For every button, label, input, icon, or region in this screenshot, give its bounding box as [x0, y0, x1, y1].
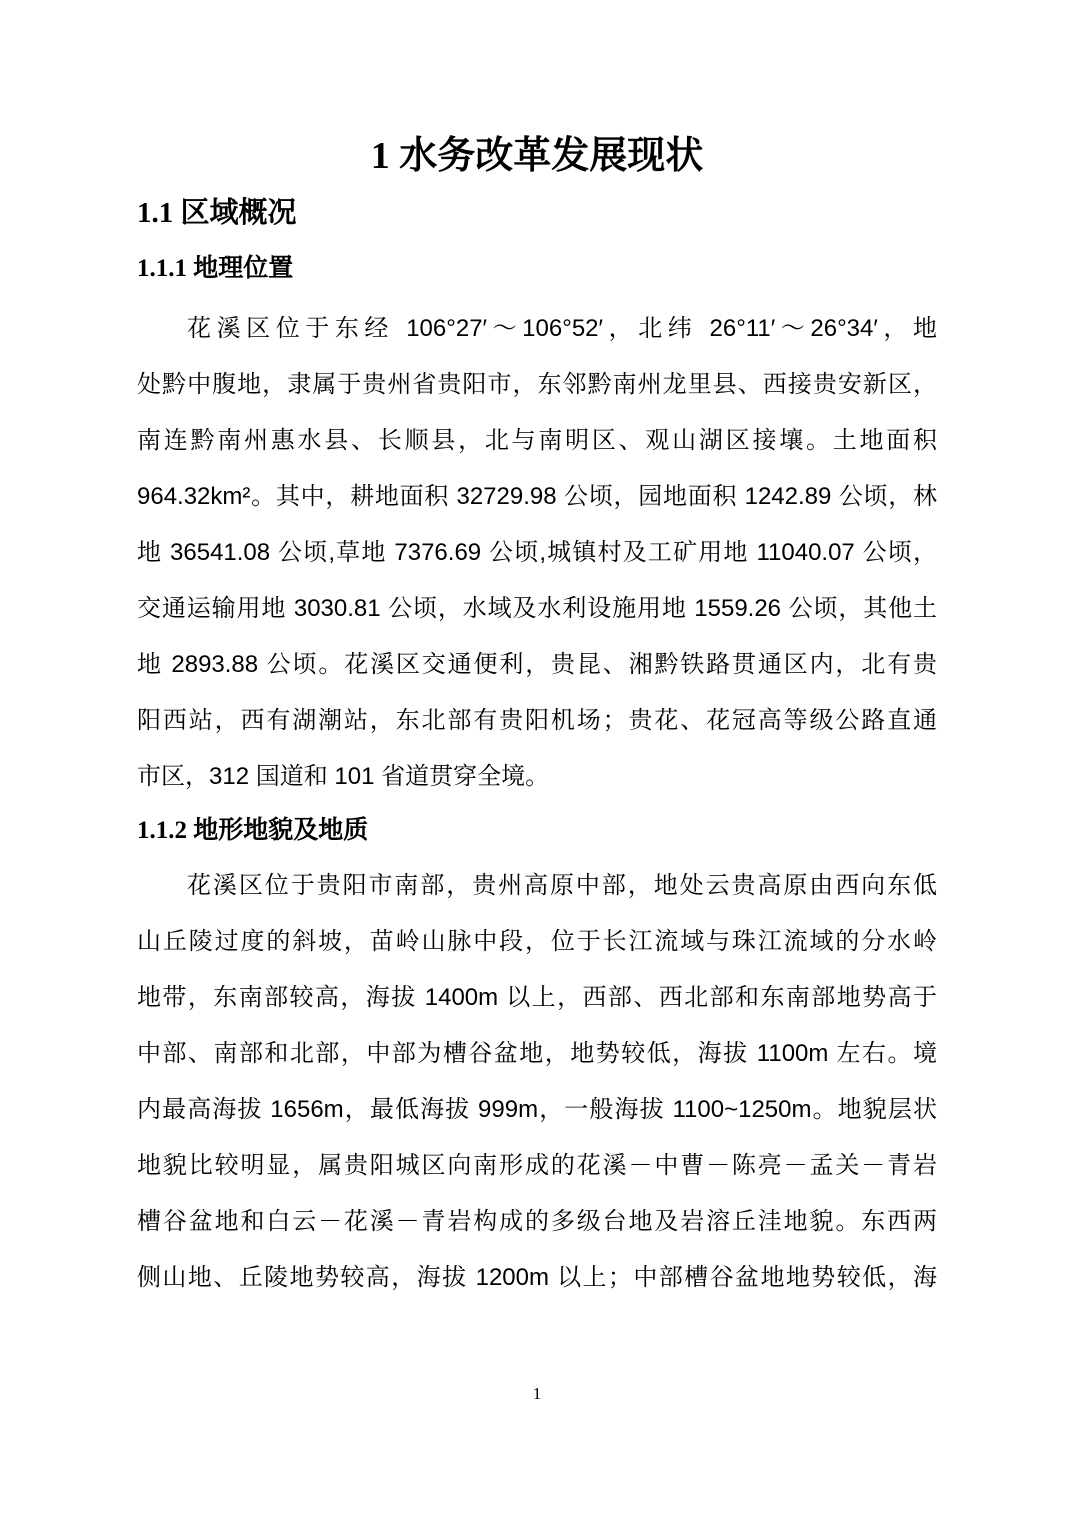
subsection-heading-location: 1.1.1 地理位置	[137, 250, 937, 288]
document-title: 1 水务改革发展现状	[137, 130, 937, 182]
paragraph-location: 花溪区位于东经 106°27′～106°52′，北纬 26°11′～26°34′…	[137, 301, 937, 805]
text-line: 地 36541.08 公顷,草地 7376.69 公顷,城镇村及工矿用地 110…	[137, 525, 937, 581]
document-page: 1 水务改革发展现状 1.1 区域概况 1.1.1 地理位置 花溪区位于东经 1…	[0, 0, 1074, 1520]
text-line: 交通运输用地 3030.81 公顷，水域及水利设施用地 1559.26 公顷，其…	[137, 581, 937, 637]
paragraph-terrain: 花溪区位于贵阳市南部，贵州高原中部，地处云贵高原由西向东低 山丘陵过度的斜坡，苗…	[137, 858, 937, 1306]
text-line: 侧山地、丘陵地势较高，海拔 1200m 以上；中部槽谷盆地地势较低，海	[137, 1250, 937, 1306]
text-line: 地貌比较明显，属贵阳城区向南形成的花溪－中曹－陈亮－孟关－青岩	[137, 1138, 937, 1194]
text-line: 阳西站，西有湖潮站，东北部有贵阳机场；贵花、花冠高等级公路直通	[137, 693, 937, 749]
section-heading-region: 1.1 区域概况	[137, 193, 937, 233]
text-line: 山丘陵过度的斜坡，苗岭山脉中段，位于长江流域与珠江流域的分水岭	[137, 914, 937, 970]
text-line: 中部、南部和北部，中部为槽谷盆地，地势较低，海拔 1100m 左右。境	[137, 1026, 937, 1082]
text-line: 内最高海拔 1656m，最低海拔 999m，一般海拔 1100~1250m。地貌…	[137, 1082, 937, 1138]
text-line: 处黔中腹地，隶属于贵州省贵阳市，东邻黔南州龙里县、西接贵安新区，	[137, 357, 937, 413]
subsection-heading-terrain: 1.1.2 地形地貌及地质	[137, 812, 937, 850]
text-line: 地带，东南部较高，海拔 1400m 以上，西部、西北部和东南部地势高于	[137, 970, 937, 1026]
text-line: 槽谷盆地和白云－花溪－青岩构成的多级台地及岩溶丘洼地貌。东西两	[137, 1194, 937, 1250]
text-line: 964.32km²。其中，耕地面积 32729.98 公顷，园地面积 1242.…	[137, 469, 937, 525]
text-line: 花溪区位于东经 106°27′～106°52′，北纬 26°11′～26°34′…	[137, 301, 937, 357]
text-line: 地 2893.88 公顷。花溪区交通便利，贵昆、湘黔铁路贯通区内，北有贵	[137, 637, 937, 693]
text-line: 市区，312 国道和 101 省道贯穿全境。	[137, 749, 937, 805]
page-number: 1	[0, 1384, 1074, 1404]
text-line: 南连黔南州惠水县、长顺县，北与南明区、观山湖区接壤。土地面积	[137, 413, 937, 469]
text-line: 花溪区位于贵阳市南部，贵州高原中部，地处云贵高原由西向东低	[137, 858, 937, 914]
